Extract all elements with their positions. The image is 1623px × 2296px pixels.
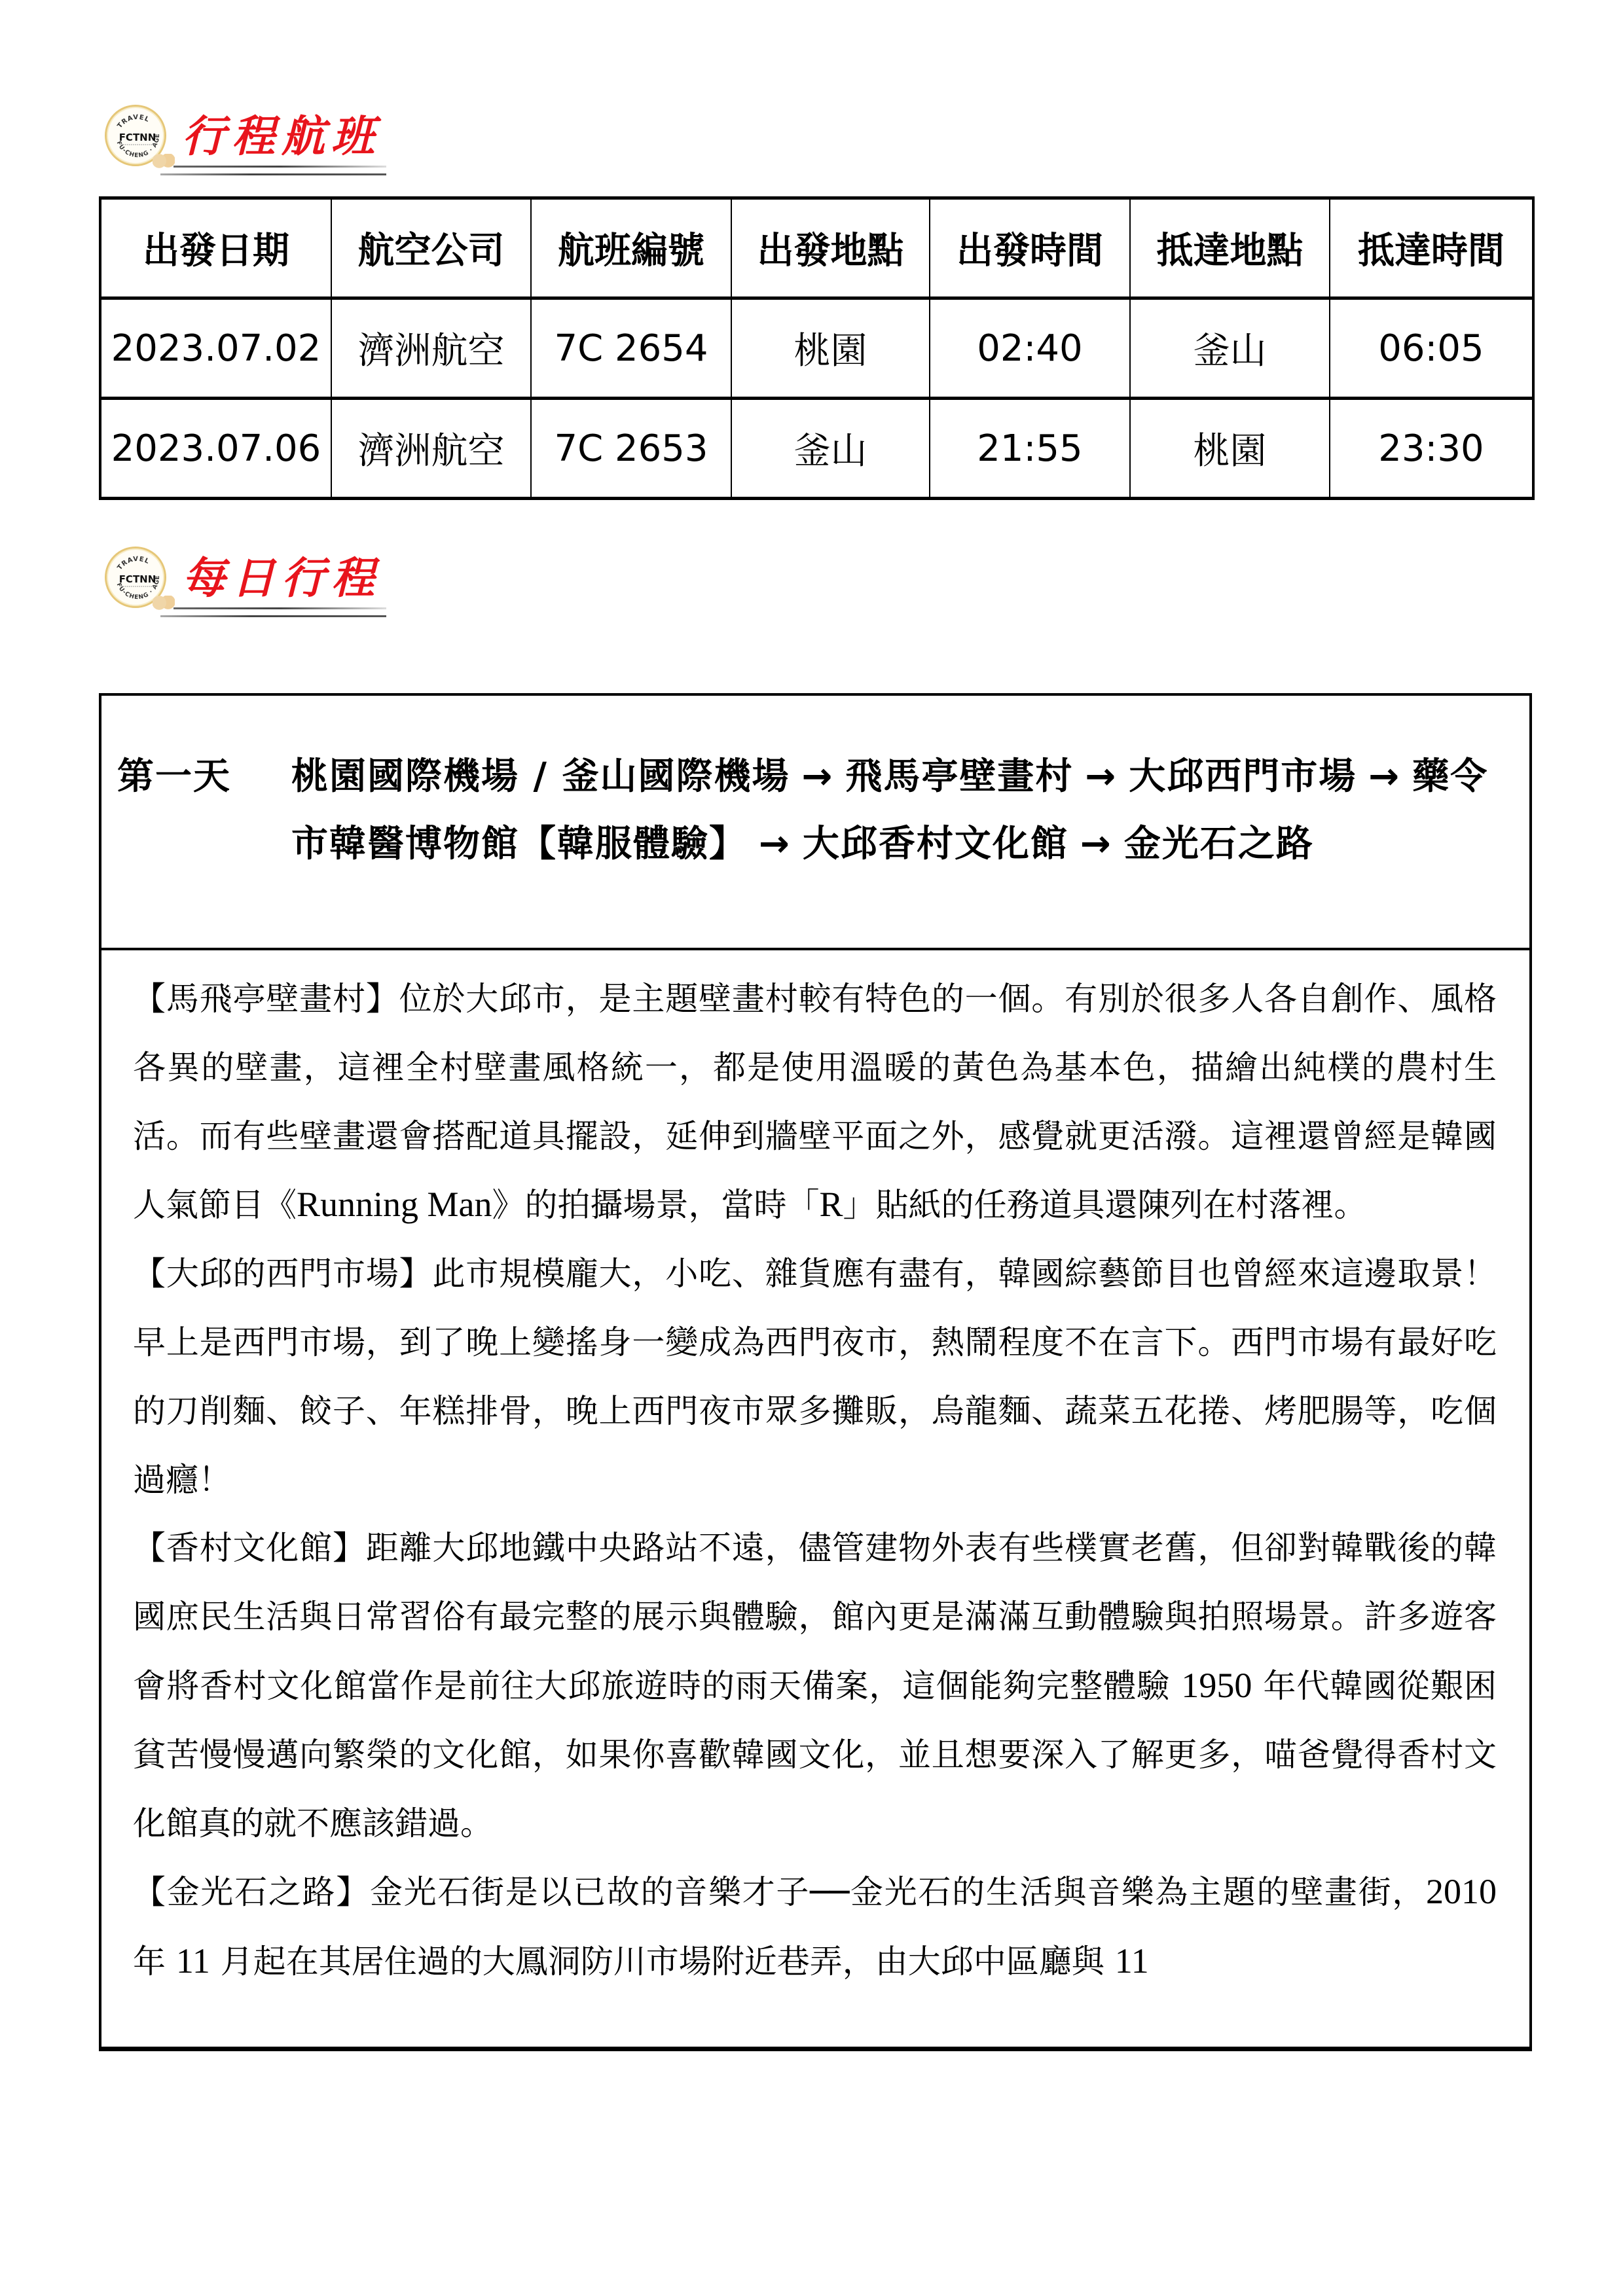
route-stop: 大邱西門市場 <box>1129 755 1357 798</box>
departure-date: 2023.07.02 <box>100 298 331 399</box>
svg-text:FCTNN: FCTNN <box>119 132 156 143</box>
column-header: 抵達地點 <box>1130 198 1330 298</box>
attraction-paragraph: 【金光石之路】金光石街是以已故的音樂才子──金光石的生活與音樂為主題的壁畫街，2… <box>133 1857 1497 1996</box>
svg-text:TRAVEL: TRAVEL <box>116 556 151 571</box>
table-header-row: 出發日期 航空公司 航班編號 出發地點 出發時間 抵達地點 抵達時間 <box>100 198 1533 298</box>
arrival-time: 23:30 <box>1330 399 1533 499</box>
route-stop: 金光石之路 <box>1124 823 1314 865</box>
arrow-right-icon: → <box>1368 755 1400 798</box>
flight-table: 出發日期 航空公司 航班編號 出發地點 出發時間 抵達地點 抵達時間 2023.… <box>99 196 1535 500</box>
flight-number: 7C 2654 <box>531 298 731 399</box>
cloud-ornament-icon <box>153 596 175 610</box>
route-stop: 大邱香村文化館 <box>803 823 1068 865</box>
attraction-title: 【馬飛亭壁畫村】 <box>133 980 399 1018</box>
column-header: 出發日期 <box>100 198 331 298</box>
heading-underline <box>173 166 386 168</box>
attraction-paragraph: 【大邱的西門市場】此市規模龐大，小吃、雜貨應有盡有，韓國綜藝節目也曾經來這邊取景… <box>133 1240 1497 1514</box>
arrival-place: 桃園 <box>1130 399 1330 499</box>
attraction-title: 【金光石之路】 <box>133 1873 370 1911</box>
attraction-paragraph: 【香村文化館】距離大邱地鐵中央路站不遠，儘管建物外表有些樸實老舊，但卻對韓戰後的… <box>133 1514 1497 1857</box>
section-title: 行程航班 <box>182 110 381 162</box>
arrow-right-icon: → <box>759 823 791 865</box>
column-header: 航空公司 <box>331 198 531 298</box>
column-header: 抵達時間 <box>1330 198 1533 298</box>
attraction-title: 【香村文化館】 <box>133 1529 366 1567</box>
heading-underline <box>173 607 386 609</box>
svg-text:TRAVEL: TRAVEL <box>116 114 151 130</box>
daily-section-heading: TRAVEL FU-CHENG · AGENCY FCTNN 每日行程 <box>105 547 399 619</box>
arrival-place: 釜山 <box>1130 298 1330 399</box>
flights-section-heading: TRAVEL FU-CHENG · AGENCY FCTNN 行程航班 <box>105 105 399 177</box>
day-itinerary-box: 第一天 桃園國際機場 / 釜山國際機場→飛馬亭壁畫村→大邱西門市場→藥令市韓醫博… <box>99 693 1532 2051</box>
route-stop: 桃園國際機場 / 釜山國際機場 <box>291 755 790 798</box>
travel-agency-logo-icon: TRAVEL FU-CHENG · AGENCY FCTNN <box>105 105 166 166</box>
svg-text:FCTNN: FCTNN <box>119 573 156 585</box>
table-row: 2023.07.02 濟洲航空 7C 2654 桃園 02:40 釜山 06:0… <box>100 298 1533 399</box>
departure-time: 21:55 <box>930 399 1130 499</box>
day-label: 第一天 <box>117 743 231 811</box>
column-header: 出發時間 <box>930 198 1130 298</box>
column-header: 出發地點 <box>731 198 930 298</box>
column-header: 航班編號 <box>531 198 731 298</box>
travel-agency-logo-icon: TRAVEL FU-CHENG · AGENCY FCTNN <box>105 547 166 608</box>
arrival-time: 06:05 <box>1330 298 1533 399</box>
heading-underline <box>160 173 386 175</box>
day-header: 第一天 桃園國際機場 / 釜山國際機場→飛馬亭壁畫村→大邱西門市場→藥令市韓醫博… <box>101 696 1529 950</box>
heading-underline <box>160 615 386 617</box>
cloud-ornament-icon <box>153 154 175 168</box>
attraction-paragraph: 【馬飛亭壁畫村】位於大邱市，是主題壁畫村較有特色的一個。有別於很多人各自創作、風… <box>133 965 1497 1240</box>
route-stop: 飛馬亭壁畫村 <box>845 755 1073 798</box>
attraction-title: 【大邱的西門市場】 <box>133 1255 432 1293</box>
section-title: 每日行程 <box>182 552 381 604</box>
airline: 濟洲航空 <box>331 399 531 499</box>
arrow-right-icon: → <box>801 755 833 798</box>
departure-date: 2023.07.06 <box>100 399 331 499</box>
arrow-right-icon: → <box>1085 755 1117 798</box>
departure-time: 02:40 <box>930 298 1130 399</box>
airline: 濟洲航空 <box>331 298 531 399</box>
flight-number: 7C 2653 <box>531 399 731 499</box>
arrow-right-icon: → <box>1080 823 1112 865</box>
departure-place: 桃園 <box>731 298 930 399</box>
table-row: 2023.07.06 濟洲航空 7C 2653 釜山 21:55 桃園 23:3… <box>100 399 1533 499</box>
departure-place: 釜山 <box>731 399 930 499</box>
day-route: 桃園國際機場 / 釜山國際機場→飛馬亭壁畫村→大邱西門市場→藥令市韓醫博物館【韓… <box>291 743 1516 878</box>
day-description: 【馬飛亭壁畫村】位於大邱市，是主題壁畫村較有特色的一個。有別於很多人各自創作、風… <box>101 950 1529 2047</box>
